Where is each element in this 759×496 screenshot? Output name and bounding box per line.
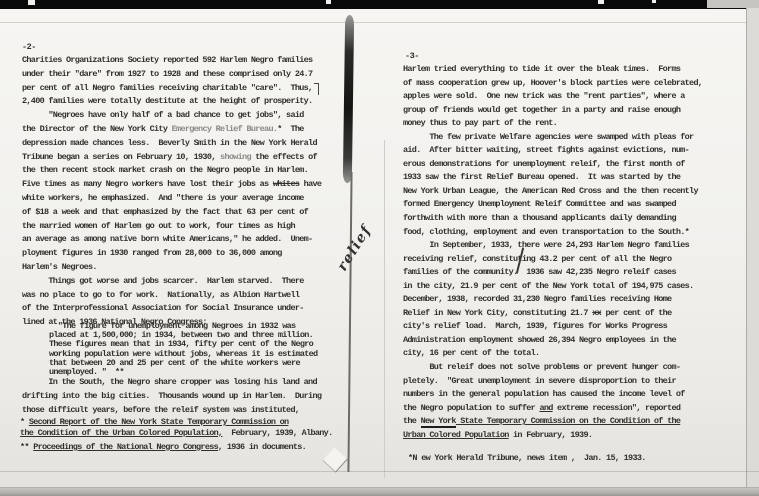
text-line: Urban Colored Population in February, 19…: [403, 429, 702, 443]
text-line: city's relief load. March, 1939, figures…: [403, 320, 702, 334]
text-line: apples were sold. One new trick was the …: [403, 90, 702, 104]
page-3-body: Harlem tried everything to tide it over …: [403, 63, 702, 442]
text-line: Harlem tried everything to tide it over …: [403, 63, 702, 77]
text-line: those difficult years, before the releif…: [22, 404, 321, 418]
film-edge-top-right: [707, 0, 759, 8]
text-line: "Negroes have only half of a bad chance …: [22, 109, 321, 123]
film-notch: [326, 0, 331, 4]
film-notch: [652, 0, 656, 3]
text-line: pletely. "Great unemployment in severe d…: [403, 375, 702, 389]
text-line: 2,400 families were totally destitute at…: [22, 95, 321, 109]
page-2-body: Charities Organizations Society reported…: [22, 54, 321, 330]
text-line: ** Proceedings of the National Negro Con…: [20, 442, 306, 453]
text-line: food, clothing, employment and even tran…: [403, 226, 702, 240]
text-line: the then recent stock market crash on th…: [22, 164, 321, 178]
page-3-footnote: *N ew York Herald Tribune, news item , J…: [408, 453, 646, 464]
text-line: In the South, the Negro share cropper wa…: [22, 376, 321, 390]
text-line: of mass cooperation grew up, Hoover's bl…: [403, 77, 702, 91]
text-line: per cent of all Negro families receiving…: [22, 82, 321, 96]
text-line: the Negro population to suffer and extre…: [403, 402, 702, 416]
page-number-right: -3-: [405, 51, 419, 61]
scanned-document-photo: -2- Charities Organizations Society repo…: [0, 0, 759, 496]
text-line: December, 1938, recorded 31,230 Negro fa…: [403, 293, 702, 307]
text-line: 1933 saw the first Relief Bureau opened.…: [403, 171, 702, 185]
text-line: the New York State Temporary Commission …: [403, 415, 702, 429]
text-line: Administration employment showed 26,394 …: [403, 334, 702, 348]
page-2-quote: "The figure for unemployment among Negro…: [49, 322, 317, 377]
text-line: depression made chances less. Beverly Sm…: [22, 137, 321, 151]
text-line: forthwith with more than a thousand appl…: [403, 212, 702, 226]
text-line: Tribune began a series on February 10, 1…: [22, 151, 321, 165]
text-line: families of the community. 1936 saw 42,2…: [403, 266, 702, 280]
page-2-footnote-2: ** Proceedings of the National Negro Con…: [20, 442, 306, 453]
page-bottom-edge: [0, 471, 759, 472]
text-line: of $18 a week and that emphasized by the…: [22, 206, 321, 220]
text-line: ployment figures in 1930 ranged from 28,…: [22, 247, 321, 261]
text-line: city, 16 per cent of the total.: [403, 347, 702, 361]
text-line: In September, 1933, there were 24,293 Ha…: [403, 239, 702, 253]
right-page-edge-line: [746, 8, 747, 488]
text-line: the Director of the New York City Emerge…: [22, 123, 321, 137]
page-2-footnote-1: * Second Report of the New York State Te…: [20, 417, 332, 438]
text-line: white workers, he emphasized. And "there…: [22, 192, 321, 206]
pen-checkmark: [314, 83, 319, 95]
page-2-closing: In the South, the Negro share cropper wa…: [22, 376, 321, 417]
scan-artifact-line: [0, 22, 759, 23]
text-line: of the Interprofessional Association for…: [22, 302, 321, 316]
text-line: formed Emergency Unemployment Releif Com…: [403, 198, 702, 212]
text-line: *N ew York Herald Tribune, news item , J…: [408, 453, 646, 464]
text-line: group of friends would get together in a…: [403, 104, 702, 118]
page-crease-line: [384, 140, 385, 478]
text-line: Things got worse and jobs scarcer. Harle…: [22, 275, 321, 289]
text-line: drifting into the big cities. Thousands …: [22, 390, 321, 404]
text-line: under their "dare" from 1927 to 1928 and…: [22, 68, 321, 82]
text-line: Relief in New York City, constituting 21…: [403, 307, 702, 321]
text-line: the Condition of the Urban Colored Popul…: [20, 428, 332, 439]
film-edge-bottom: [0, 487, 759, 496]
text-line: New York Urban League, the American Red …: [403, 185, 702, 199]
right-page-edge-area: [747, 8, 759, 488]
text-line: Harlem's Negroes.: [22, 261, 321, 275]
text-line: receiving relief, constituting 43.2 per …: [403, 253, 702, 267]
text-line: erous demonstrations for unemployment re…: [403, 158, 702, 172]
film-edge-top: [0, 0, 712, 9]
text-line: * Second Report of the New York State Te…: [20, 417, 332, 428]
text-line: But releif does not solve problems or pr…: [403, 361, 702, 375]
text-line: Five times as many Negro workers have lo…: [22, 178, 321, 192]
text-line: numbers in the general population has ca…: [403, 388, 702, 402]
film-notch: [28, 0, 35, 5]
text-line: aid. After bitter waiting, street fights…: [403, 144, 702, 158]
film-notch: [598, 0, 604, 4]
text-line: The few private Welfare agencies were sw…: [403, 131, 702, 145]
text-line: an average as among native born white Am…: [22, 233, 321, 247]
text-line: money thus to pay part of the rent.: [403, 117, 702, 131]
page-number-left: -2-: [22, 42, 36, 52]
text-line: the married women of Harlem go out to wo…: [22, 220, 321, 234]
text-line: Charities Organizations Society reported…: [22, 54, 321, 68]
text-line: in the city, 21.9 per cent of the New Yo…: [403, 280, 702, 294]
text-line: was no place to go to for work. National…: [22, 289, 321, 303]
